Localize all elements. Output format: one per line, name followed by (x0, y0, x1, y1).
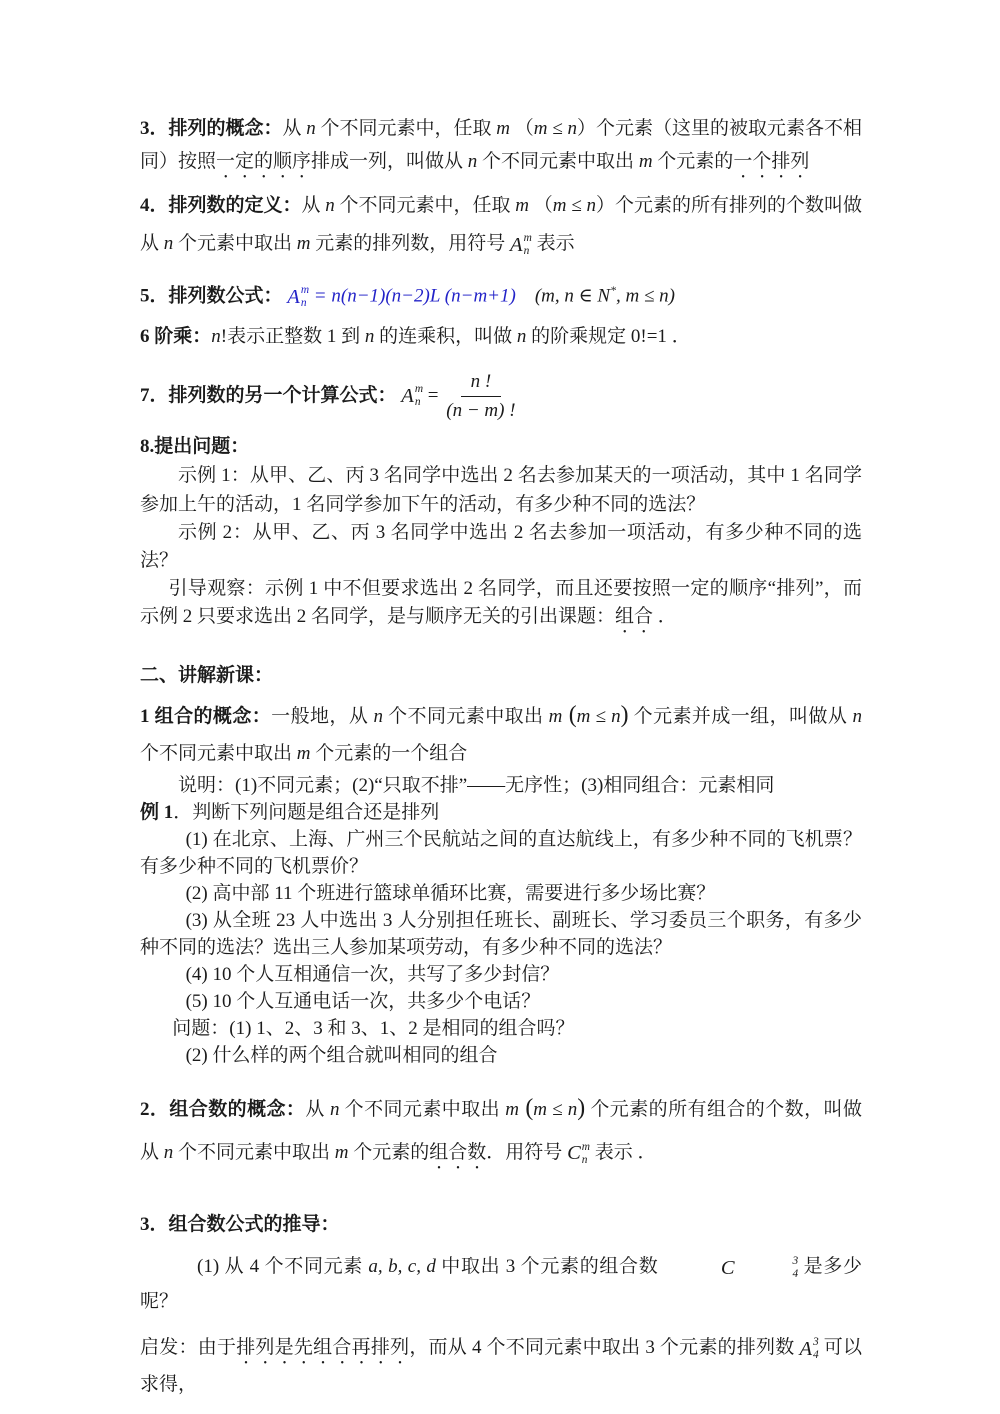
paragraph-demo-1: 示例 1：从甲、乙、丙 3 名同学中选出 2 名去参加某天的一项活动，其中 1 … (140, 461, 862, 519)
paragraph-3-permutation-concept: 3．排列的概念：从 n 个不同元素中，任取 m （m ≤ n）个元素（这里的被取… (140, 112, 862, 183)
paragraph-combination-note: 说明：(1)不同元素；(2)“只取不排”——无序性；(3)相同组合：元素相同 (140, 772, 862, 799)
paragraph-5-permutation-formula: 5．排列数公式： Amn = n(n−1)(n−2)L (n−m+1) (m, … (140, 273, 862, 315)
math-symbol: Cmn (567, 1132, 590, 1175)
paragraph-7-permutation-alt-formula: 7．排列数的另一个计算公式： Amn = n !(n − m) ! (140, 367, 862, 426)
heading-8-raise-questions: 8.提出问题： (140, 433, 862, 461)
paragraph-derivation-item-1: (1) 从 4 个不同元素 a, b, c, d 中取出 3 个元素的组合数 C… (140, 1250, 862, 1319)
math-symbol: Amn (287, 279, 309, 315)
heading-lecture-new-lesson: 二、讲解新课： (140, 662, 862, 690)
paragraph-2-combination-number-concept: 2．组合数的概念：从 n 个不同元素中取出 m (m ≤ n) 个元素的所有组合… (140, 1087, 862, 1175)
paragraph-example-1-heading: 例 1．判断下列问题是组合还是排列 (140, 799, 862, 826)
math-symbol: C34 (664, 1251, 798, 1285)
paragraph-guided-observation: 引导观察：示例 1 中不但要求选出 2 名同学，而且还要按照一定的顺序“排列”，… (140, 575, 862, 638)
paragraph-example-1-item-1: (1) 在北京、上海、广州三个民航站之间的直达航线上，有多少种不同的飞机票？有多… (140, 826, 862, 880)
math-fraction: n !(n − m) ! (446, 369, 515, 423)
paragraph-6-factorial: 6 阶乘：n!表示正整数 1 到 n 的连乘积，叫做 n 的阶乘规定 0!=1 … (140, 321, 862, 353)
paragraph-question-2: (2) 什么样的两个组合就叫相同的组合 (140, 1042, 862, 1069)
math-symbol: Amn (510, 226, 532, 264)
paragraph-example-1-item-3: (3) 从全班 23 人中选出 3 人分别担任班长、副班长、学习委员三个职务，有… (140, 907, 862, 961)
paragraph-inspiration: 启发：由于排列是先组合再排列，而从 4 个不同元素中取出 3 个元素的排列数 A… (140, 1332, 862, 1401)
document-body: 3．排列的概念：从 n 个不同元素中，任取 m （m ≤ n）个元素（这里的被取… (140, 112, 862, 1401)
paragraph-demo-2: 示例 2：从甲、乙、丙 3 名同学中选出 2 名去参加一项活动，有多少种不同的选… (140, 519, 862, 575)
paragraph-1-combination-concept: 1 组合的概念：一般地，从 n 个不同元素中取出 m (m ≤ n) 个元素并成… (140, 697, 862, 772)
paragraph-question-1: 问题：(1) 1、2、3 和 3、1、2 是相同的组合吗？ (140, 1015, 862, 1042)
heading-3-combination-formula-derivation: 3．组合数公式的推导： (140, 1211, 862, 1239)
document-page: 3．排列的概念：从 n 个不同元素中，任取 m （m ≤ n）个元素（这里的被取… (0, 0, 1000, 1414)
paragraph-example-1-item-5: (5) 10 个人互通电话一次，共多少个电话？ (140, 988, 862, 1015)
paragraph-4-permutation-number-definition: 4．排列数的定义：从 n 个不同元素中，任取 m （m ≤ n）个元素的所有排列… (140, 187, 862, 264)
paragraph-example-1-item-2: (2) 高中部 11 个班进行篮球单循环比赛，需要进行多少场比赛？ (140, 880, 862, 907)
math-symbol: A34 (799, 1333, 818, 1365)
paragraph-example-1-item-4: (4) 10 个人互相通信一次，共写了多少封信？ (140, 961, 862, 988)
math-symbol: Amn (401, 367, 423, 425)
